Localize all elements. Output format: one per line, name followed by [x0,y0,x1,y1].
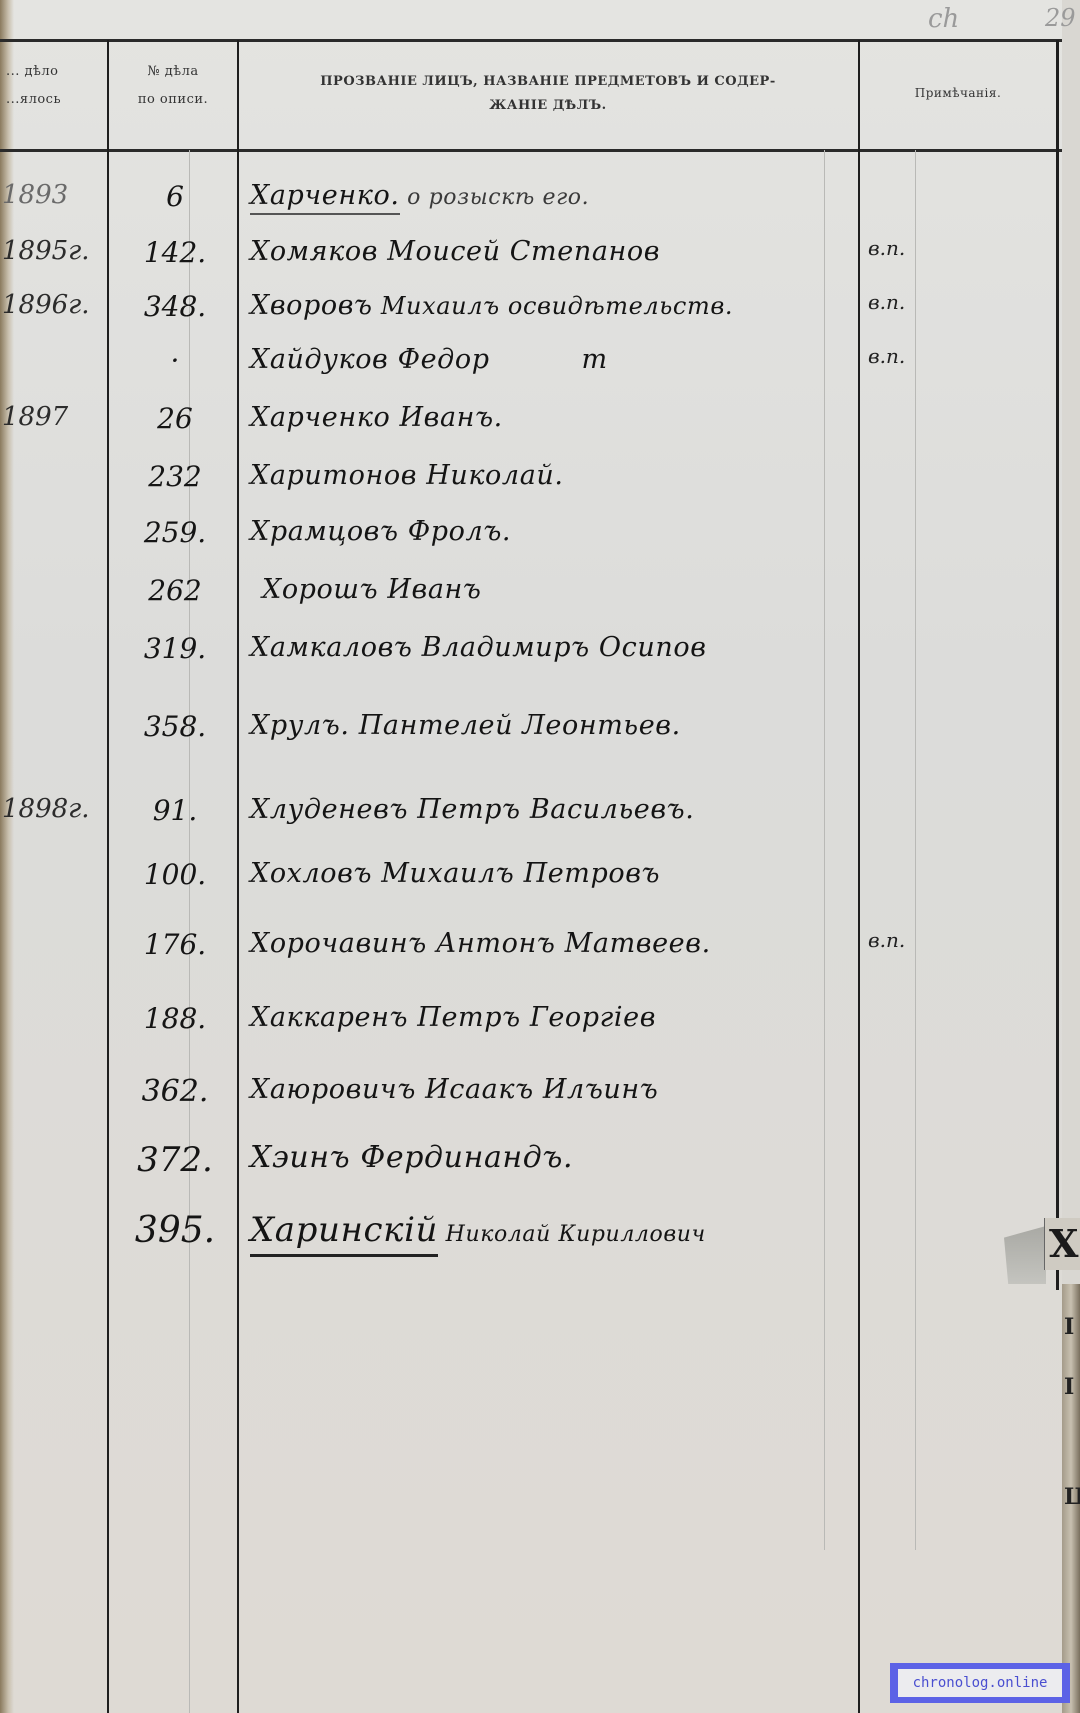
row-surname: Храмцовъ [250,516,399,547]
watermark-badge: chronolog.online [890,1663,1070,1703]
table-row: 232 Харитонов Николай. [0,460,1062,516]
row-surname: Харченко [250,402,390,433]
table-top-border [0,39,1062,42]
row-note: в.п. [868,928,958,952]
row-case-number: 91. [120,794,230,827]
header-col-description-line1: ПРОЗВАНІЕ ЛИЦЪ, НАЗВАНІЕ ПРЕДМЕТОВЪ И СО… [240,70,856,94]
row-surname: Хорошъ [262,574,378,605]
row-entry-rest: Фердинандъ. [350,1140,573,1175]
row-entry-rest: Фролъ. [399,516,512,547]
table-row: 319. Хамкаловъ Владимиръ Осипов [0,632,1062,688]
header-col-case-number-line1: № дѣла [110,58,236,86]
row-entry: Хомяков Моисей Степанов [250,236,890,267]
row-year: 1896г. [2,290,106,320]
row-surname: Хаккаренъ [250,1002,408,1033]
table-row: 176. Хорочавинъ Антонъ Матвеев. в.п. [0,928,1062,984]
edge-tab-letter: Ц [1064,1484,1080,1510]
row-entry: Хамкаловъ Владимиръ Осипов [250,632,890,663]
header-col-description: ПРОЗВАНІЕ ЛИЦЪ, НАЗВАНІЕ ПРЕДМЕТОВЪ И СО… [240,70,856,118]
row-entry-rest: Михаилъ Петровъ [372,858,660,889]
table-row: · Хайдуков Федор т в.п. [0,344,1062,400]
row-entry: Харченко. о розыскѣ его. [250,180,890,211]
row-entry-rest: Михаилъ освидѣтельств. [373,292,733,320]
row-entry: Харченко Иванъ. [250,402,890,433]
row-entry: Хаюровичъ Исаакъ Илъинъ [250,1074,890,1105]
table-row: 395. Харинскій Николай Кириллович [0,1210,1062,1280]
row-note: в.п. [868,290,958,314]
table-row: 1896г. 348. Хворовъ Михаилъ освидѣтельст… [0,290,1062,346]
row-surname: Харченко. [250,180,400,215]
row-entry-rest: Федор т [388,344,607,375]
row-surname: Хаюровичъ [250,1074,416,1105]
row-note: в.п. [868,344,958,368]
row-case-number: 348. [120,290,230,323]
row-case-number: 362. [120,1074,230,1109]
row-surname: Хворовъ [250,290,373,321]
table-row: 1898г. 91. Хлуденевъ Петръ Васильевъ. [0,794,1062,850]
table-row: 262 Хорошъ Иванъ [0,574,1062,630]
row-entry: Хрулъ. Пантелей Леонтьев. [250,710,890,741]
table-row: 1893 6 Харченко. о розыскѣ его. [0,180,1062,236]
watermark-text: chronolog.online [898,1669,1062,1697]
row-case-number: 100. [120,858,230,891]
header-col-description-line2: ЖАНІЕ ДѢЛЪ. [240,94,856,118]
row-entry: Хохловъ Михаилъ Петровъ [250,858,890,889]
row-surname: Хамкаловъ [250,632,412,663]
table-row: 259. Храмцовъ Фролъ. [0,516,1062,572]
row-case-number: 6 [120,180,230,213]
row-entry-rest: Николай Кириллович [438,1222,706,1247]
table-row: 188. Хаккаренъ Петръ Георгіев [0,1002,1062,1058]
header-col-case-number-line2: по описи. [110,86,236,114]
row-surname: Хайдуков [250,344,388,375]
row-entry-rest: Антонъ Матвеев. [427,928,711,959]
row-case-number: 372. [120,1140,230,1180]
header-col-notes: Примѣчанія. [860,86,1056,100]
page-number-mark: 29 [1045,4,1076,32]
row-entry-rest: Моисей Степанов [378,236,660,267]
row-case-number: 395. [120,1210,230,1251]
row-case-number: 232 [120,460,230,493]
header-bottom-border [0,149,1062,152]
table-row: 100. Хохловъ Михаилъ Петровъ [0,858,1062,914]
row-entry: Хворовъ Михаилъ освидѣтельств. [250,290,890,321]
row-entry-rest: Владимиръ Осипов [412,632,706,663]
header-col-date-line1: ... дѣло [6,58,106,86]
row-surname: Хэинъ [250,1140,350,1175]
row-case-number: 319. [120,632,230,665]
header-col-date-line2: ...ялось [6,86,106,114]
row-entry: Харинскій Николай Кириллович [250,1210,950,1250]
row-entry: Храмцовъ Фролъ. [250,516,890,547]
row-entry-rest: о розыскѣ его. [400,185,590,210]
row-case-number: 176. [120,928,230,961]
row-entry-rest: Петръ Васильевъ. [408,794,694,825]
index-tab-letter: Х [1044,1218,1080,1270]
index-tab-kha[interactable]: Х [1004,1218,1080,1284]
row-year: 1898г. [2,794,106,824]
row-case-number: · [120,344,230,377]
index-tab-flap [1004,1226,1046,1284]
ledger-page: ch 29 ... дѣло ...ялось № дѣла по описи.… [0,0,1062,1713]
row-surname: Хрулъ. [250,710,350,741]
row-year: 1893 [2,180,106,210]
header-col-case-number: № дѣла по описи. [110,58,236,114]
table-row: 358. Хрулъ. Пантелей Леонтьев. [0,710,1062,766]
row-entry-rest: Пантелей Леонтьев. [350,710,681,741]
row-surname: Хорочавинъ [250,928,427,959]
row-case-number: 142. [120,236,230,269]
row-surname: Харинскій [250,1210,438,1257]
header-col-date: ... дѣло ...ялось [0,58,106,114]
row-surname: Хохловъ [250,858,372,889]
edge-tab-letter: I [1064,1314,1074,1340]
row-entry-rest: Иванъ. [390,402,503,433]
row-entry: Хаккаренъ Петръ Георгіев [250,1002,890,1033]
row-year: 1897 [2,402,106,432]
row-entry-rest: Иванъ [378,574,481,605]
row-entry-rest: Исаакъ Илъинъ [416,1074,658,1105]
table-row: 362. Хаюровичъ Исаакъ Илъинъ [0,1074,1062,1130]
row-entry: Харитонов Николай. [250,460,890,491]
row-surname: Хомяков [250,236,378,267]
table-row: 1897 26 Харченко Иванъ. [0,402,1062,458]
edge-tab-letter: I [1064,1374,1074,1400]
row-note: в.п. [868,236,958,260]
row-entry-rest: Петръ Георгіев [408,1002,656,1033]
row-entry: Хорошъ Иванъ [262,574,902,605]
row-case-number: 358. [120,710,230,743]
row-case-number: 262 [120,574,230,607]
row-case-number: 259. [120,516,230,549]
page-edge-index-tabs: I I Ц [1062,1284,1080,1713]
row-case-number: 26 [120,402,230,435]
row-entry: Хорочавинъ Антонъ Матвеев. [250,928,890,959]
row-entry: Хлуденевъ Петръ Васильевъ. [250,794,890,825]
table-row: 372. Хэинъ Фердинандъ. [0,1140,1062,1196]
row-entry: Хайдуков Федор т [250,344,890,375]
pencil-mark-letter: ch [928,4,959,34]
row-surname: Харитонов [250,460,417,491]
row-entry: Хэинъ Фердинандъ. [250,1140,890,1175]
row-entry-rest: Николай. [417,460,564,491]
row-surname: Хлуденевъ [250,794,408,825]
row-case-number: 188. [120,1002,230,1035]
row-year: 1895г. [2,236,106,266]
table-row: 1895г. 142. Хомяков Моисей Степанов в.п. [0,236,1062,292]
